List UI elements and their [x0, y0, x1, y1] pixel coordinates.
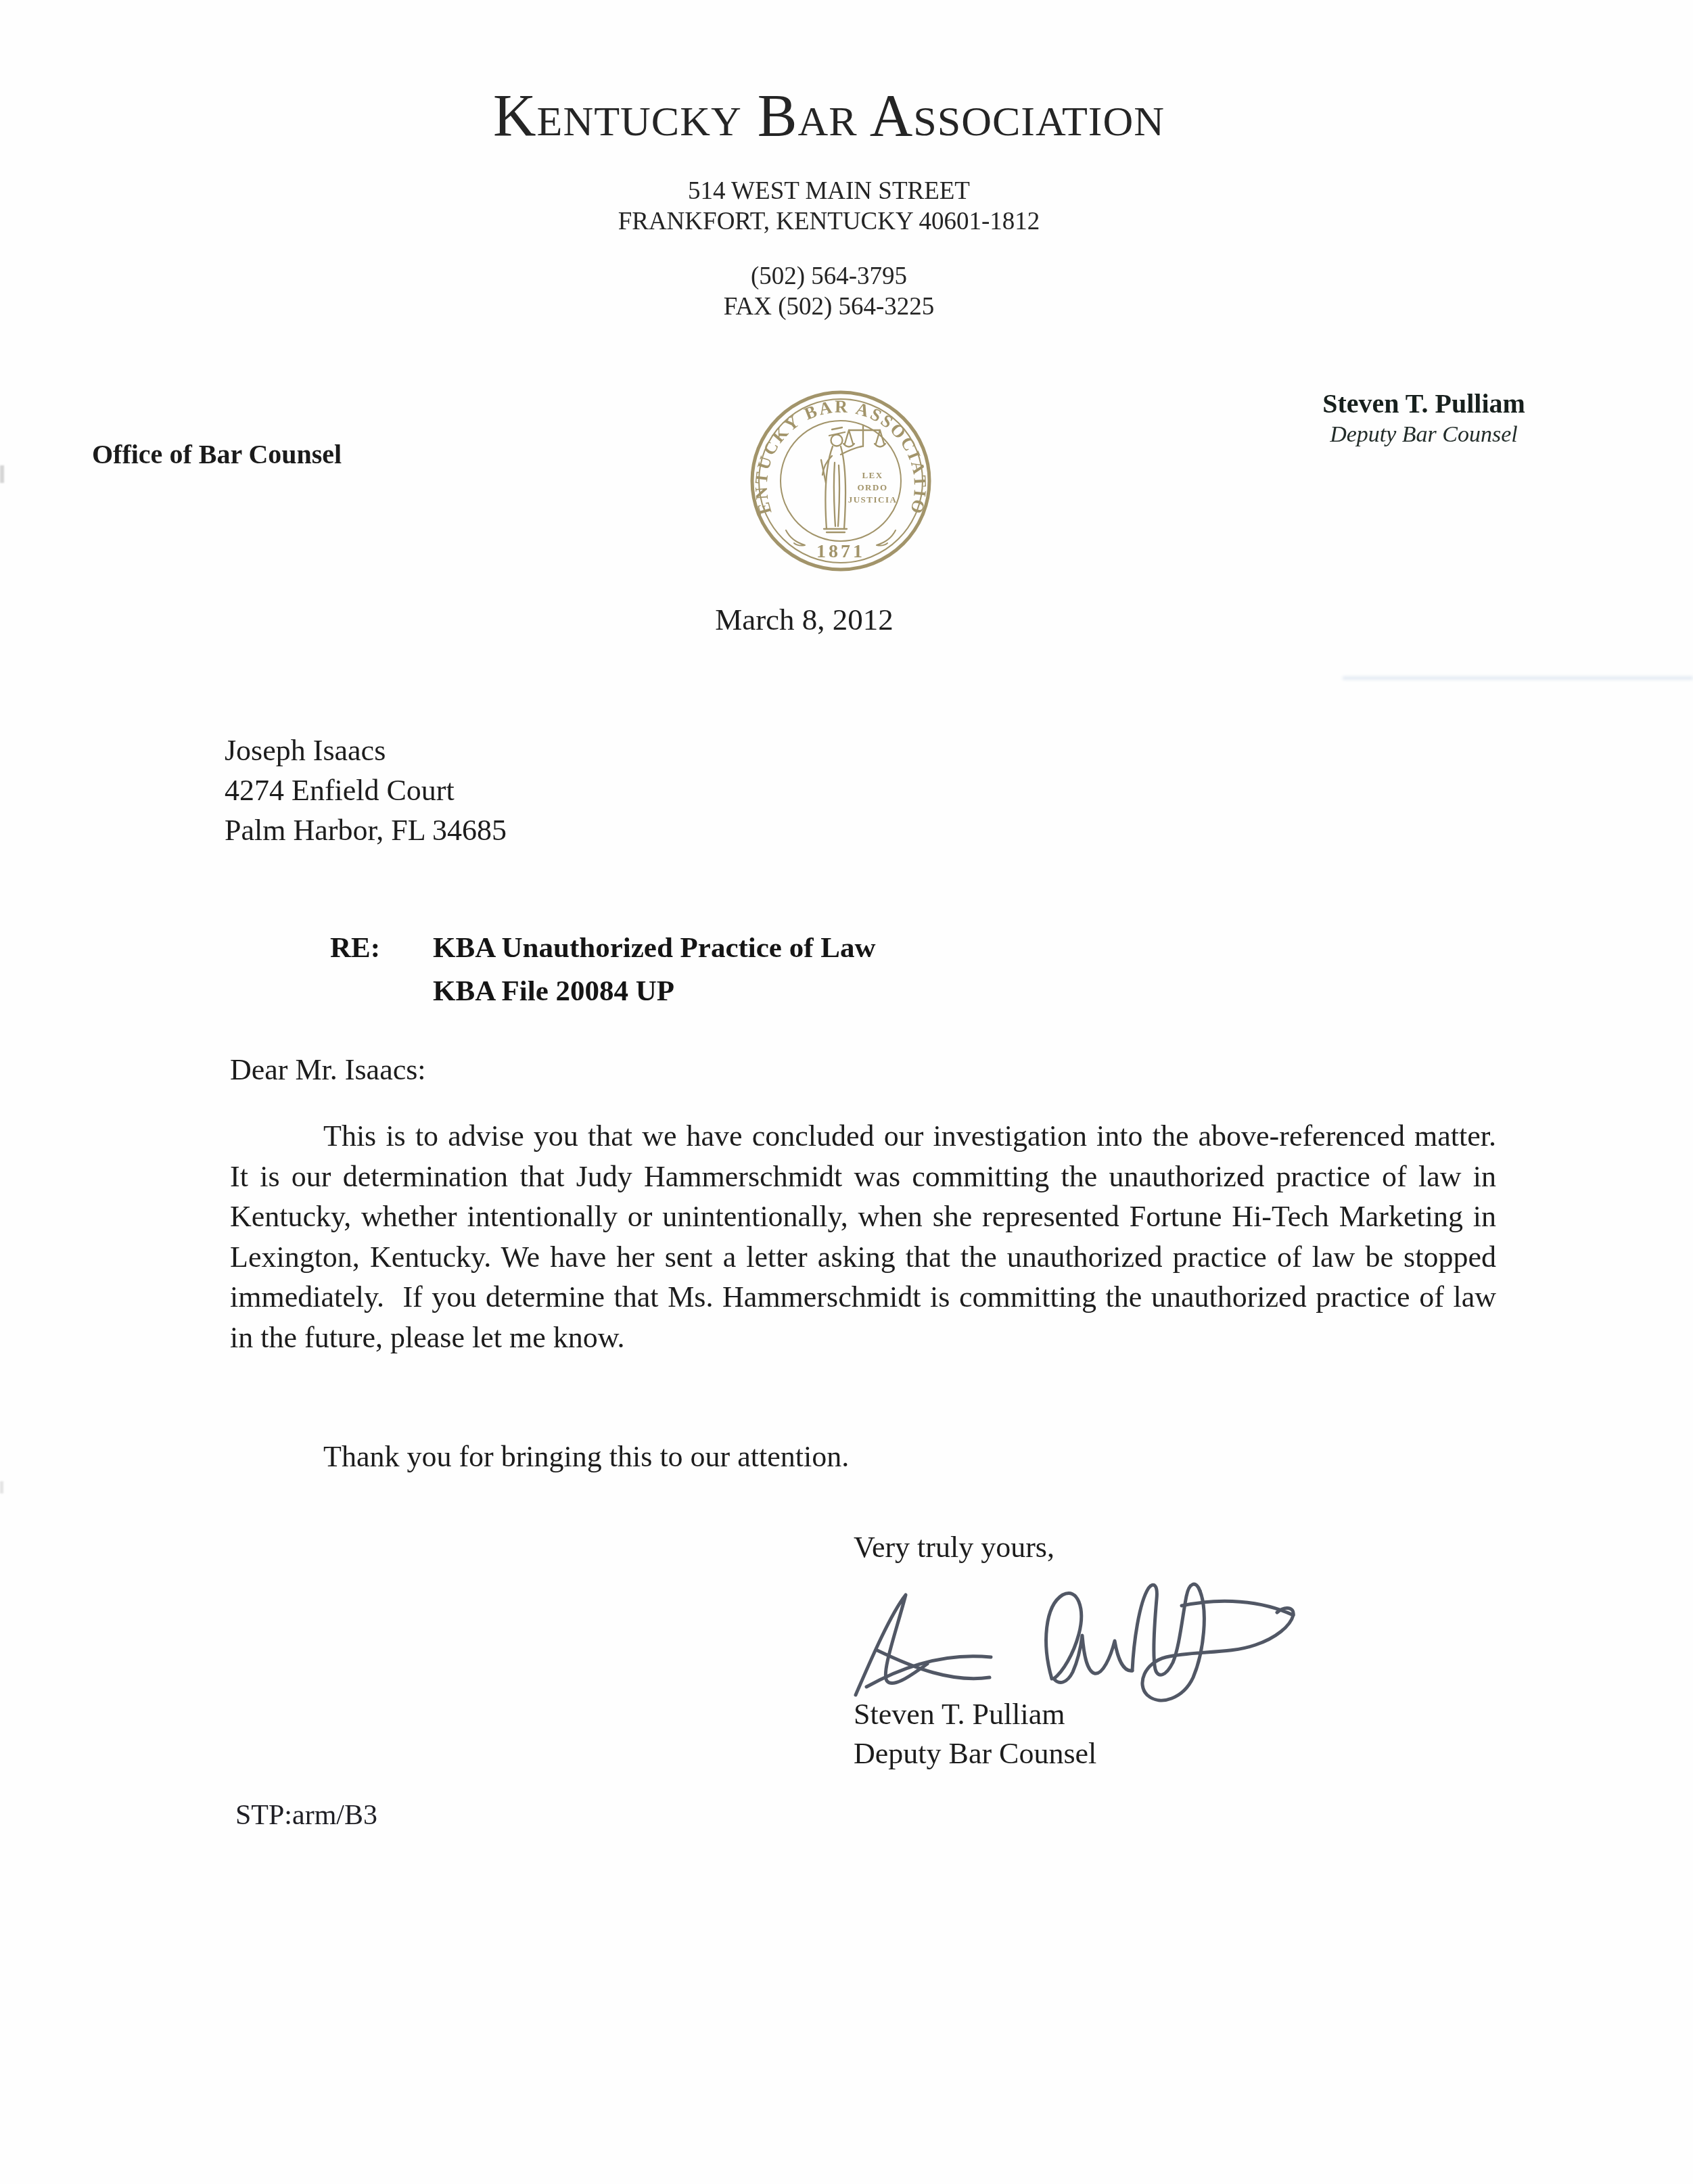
seal-year: 1871 [816, 541, 865, 562]
officer-title: Deputy Bar Counsel [1295, 419, 1552, 450]
body-paragraph-2: Thank you for bringing this to our atten… [230, 1437, 1496, 1477]
address-line-1: 514 WEST MAIN STREET [0, 176, 1658, 206]
fax-line: FAX (502) 564-3225 [0, 292, 1658, 322]
salutation: Dear Mr. Isaacs: [230, 1052, 426, 1087]
kba-seal-logo: KENTUCKY BAR ASSOCIATION LEX ORDO JUSTIC… [747, 387, 935, 575]
recipient-name: Joseph Isaacs [225, 730, 507, 770]
seal-motto-lex: LEX [862, 470, 883, 480]
scanned-letter-page: Kentucky Bar Association 514 WEST MAIN S… [0, 0, 1693, 2184]
letterhead-phones: (502) 564-3795 FAX (502) 564-3225 [0, 261, 1658, 322]
closing-phrase: Very truly yours, [854, 1530, 1054, 1564]
seal-ring-text-holder: KENTUCKY BAR ASSOCIATION [747, 387, 930, 517]
signer-block: Steven T. Pulliam Deputy Bar Counsel [854, 1695, 1096, 1773]
recipient-address-line-1: 4274 Enfield Court [225, 770, 507, 810]
seal-motto-justicia: JUSTICIA [848, 494, 898, 505]
re-lines: KBA Unauthorized Practice of Law KBA Fil… [433, 927, 875, 1013]
letterhead-officer: Steven T. Pulliam Deputy Bar Counsel [1295, 388, 1552, 450]
scan-artifact-edge-mark [0, 465, 4, 483]
letterhead-address: 514 WEST MAIN STREET FRANKFORT, KENTUCKY… [0, 176, 1658, 237]
scan-artifact-smudge [1343, 676, 1693, 680]
officer-name: Steven T. Pulliam [1295, 388, 1552, 419]
recipient-address-line-2: Palm Harbor, FL 34685 [225, 810, 507, 850]
reference-initials: STP:arm/B3 [235, 1799, 377, 1832]
phone-line: (502) 564-3795 [0, 261, 1658, 292]
letter-date: March 8, 2012 [0, 602, 1608, 637]
kba-seal-svg: KENTUCKY BAR ASSOCIATION LEX ORDO JUSTIC… [747, 387, 935, 575]
seal-motto-ordo: ORDO [858, 482, 888, 492]
letterhead-org-name: Kentucky Bar Association [0, 87, 1658, 146]
address-line-2: FRANKFORT, KENTUCKY 40601-1812 [0, 206, 1658, 237]
scan-artifact-edge-mark [0, 1481, 3, 1493]
recipient-address-block: Joseph Isaacs 4274 Enfield Court Palm Ha… [225, 730, 507, 850]
signer-name: Steven T. Pulliam [854, 1695, 1096, 1734]
body-paragraph-1: This is to advise you that we have concl… [230, 1116, 1496, 1357]
signature-handwriting [849, 1576, 1316, 1704]
re-line-1: KBA Unauthorized Practice of Law [433, 927, 875, 970]
re-line-2: KBA File 20084 UP [433, 970, 875, 1013]
signer-title: Deputy Bar Counsel [854, 1734, 1096, 1773]
seal-ring-text: KENTUCKY BAR ASSOCIATION [747, 387, 930, 517]
re-block: RE: KBA Unauthorized Practice of Law KBA… [330, 927, 875, 1013]
re-label: RE: [330, 927, 433, 1013]
office-of-bar-counsel-label: Office of Bar Counsel [92, 438, 342, 470]
signature-svg [849, 1576, 1316, 1704]
